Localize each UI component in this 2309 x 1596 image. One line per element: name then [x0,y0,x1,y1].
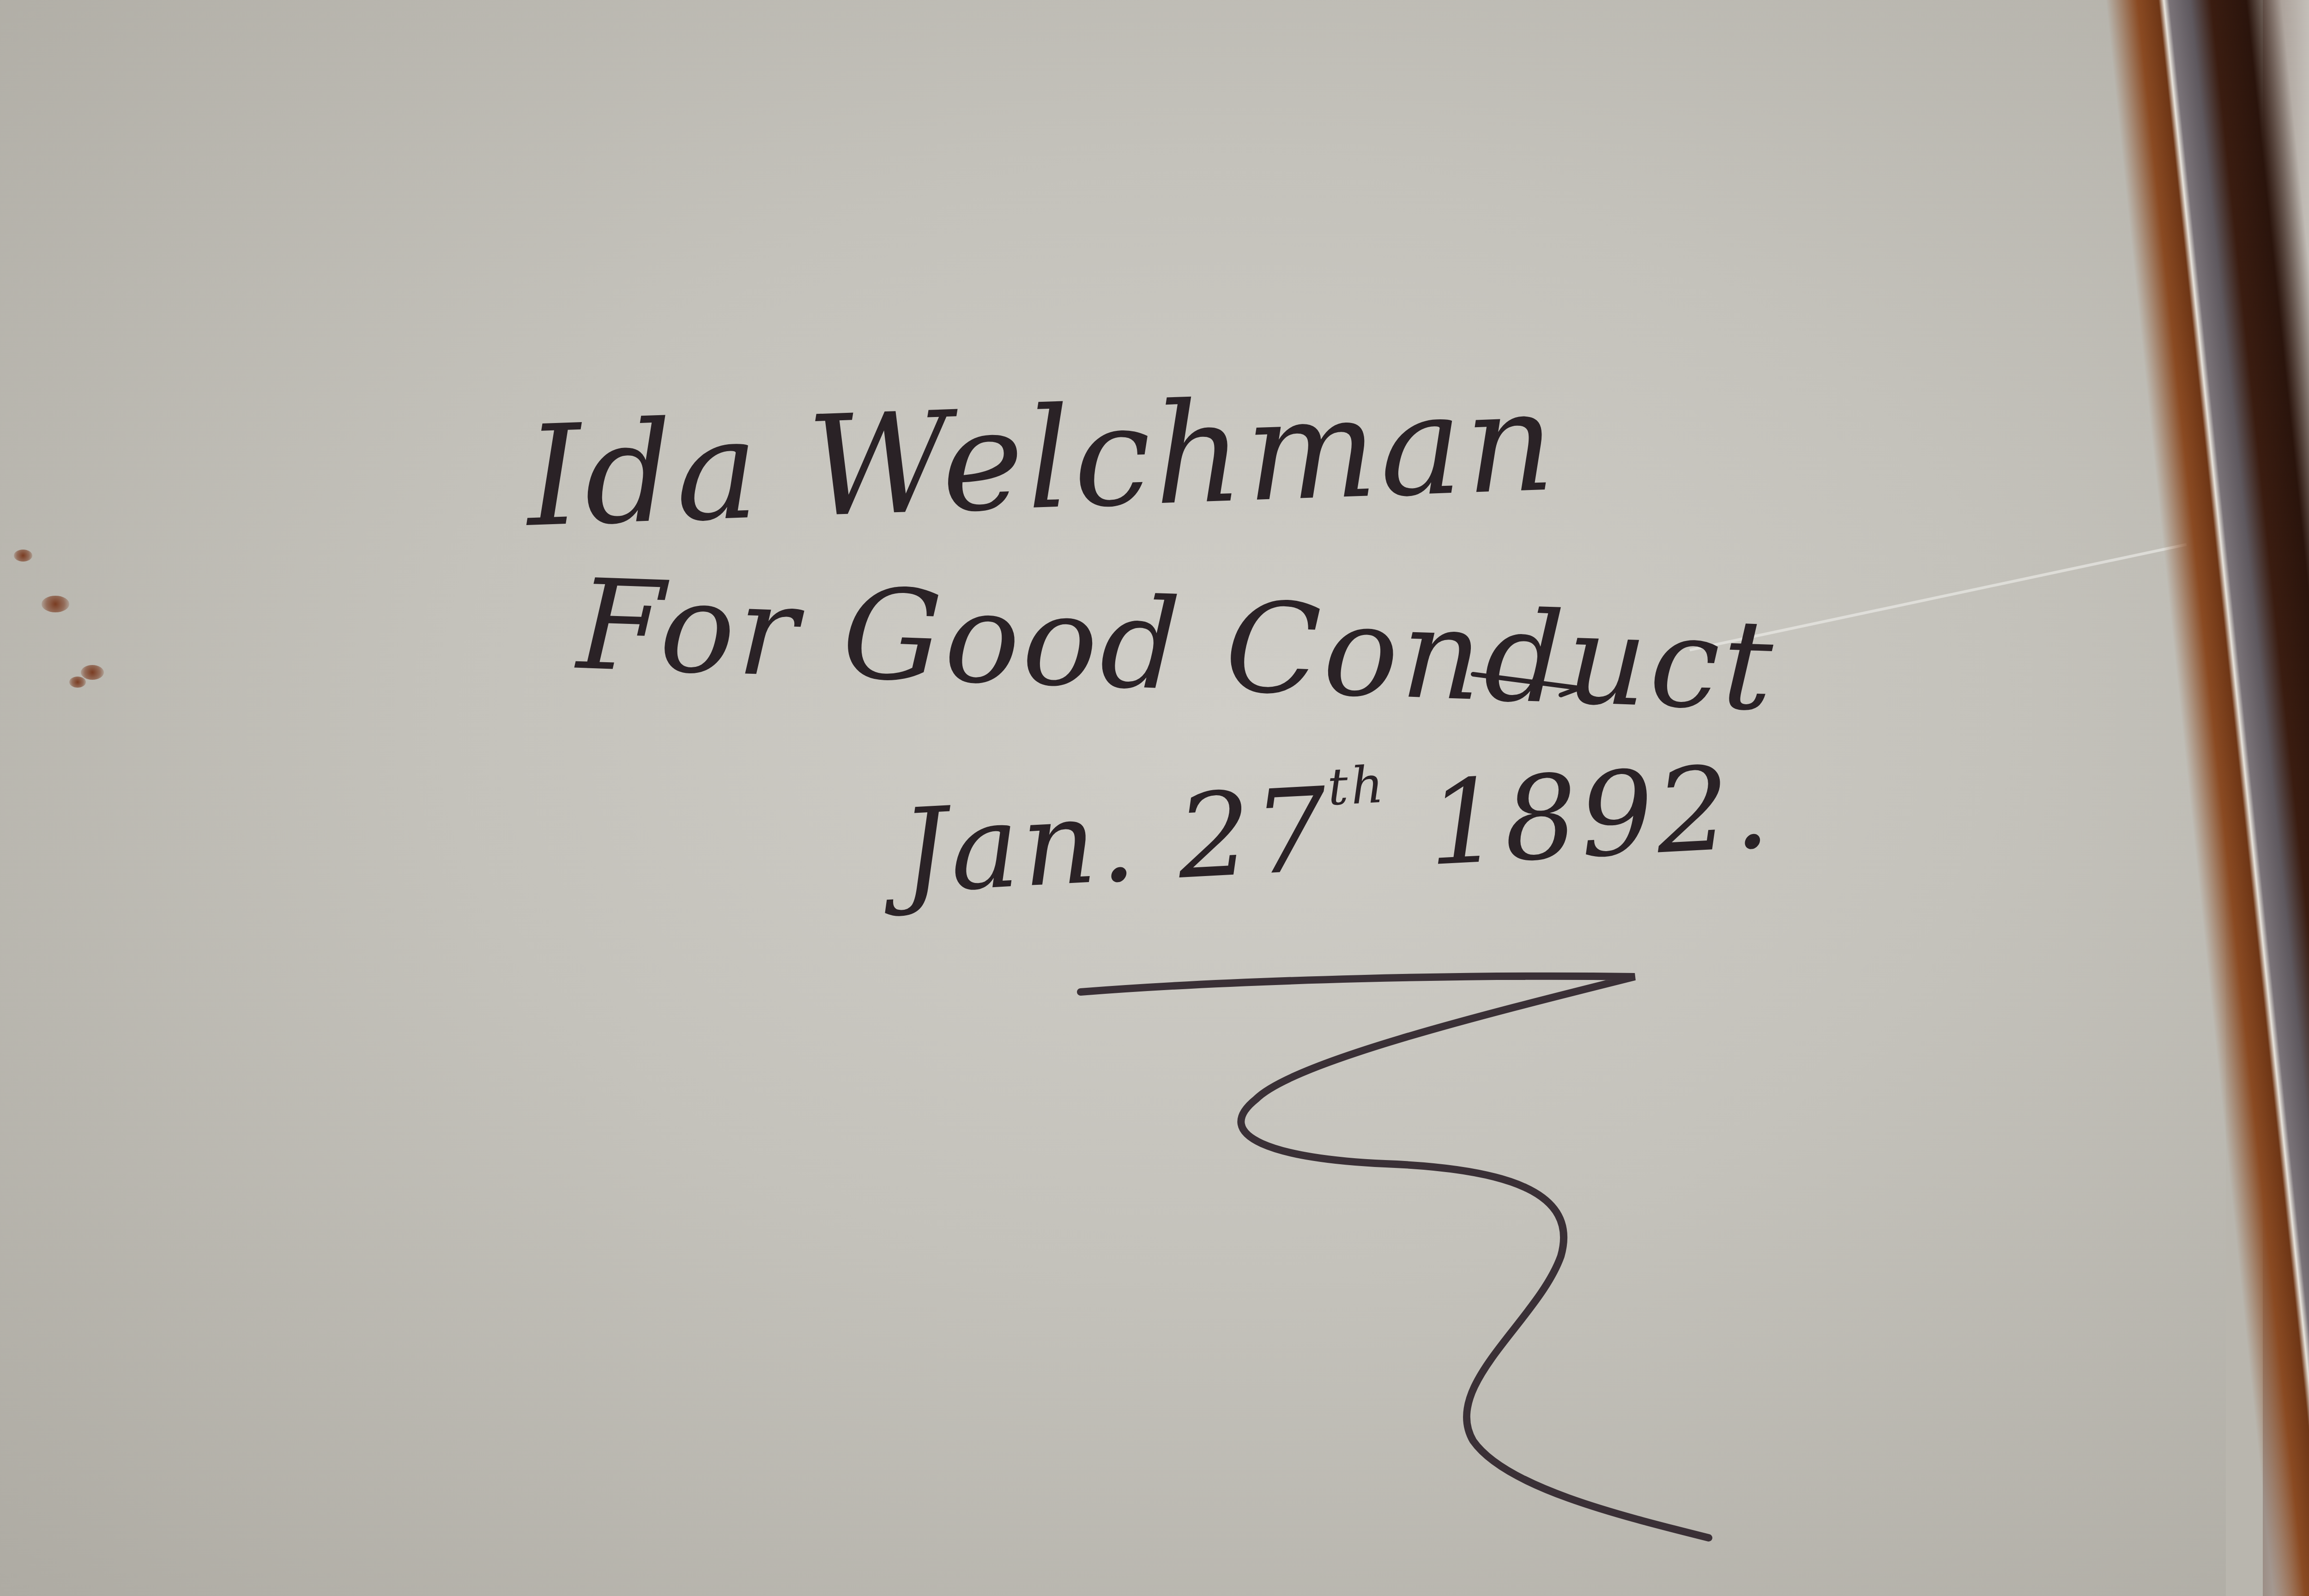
book-page: Ida Welchman For Good Conduct Jan. 27th … [0,0,2226,1596]
pen-flourish-icon [0,0,2226,1596]
